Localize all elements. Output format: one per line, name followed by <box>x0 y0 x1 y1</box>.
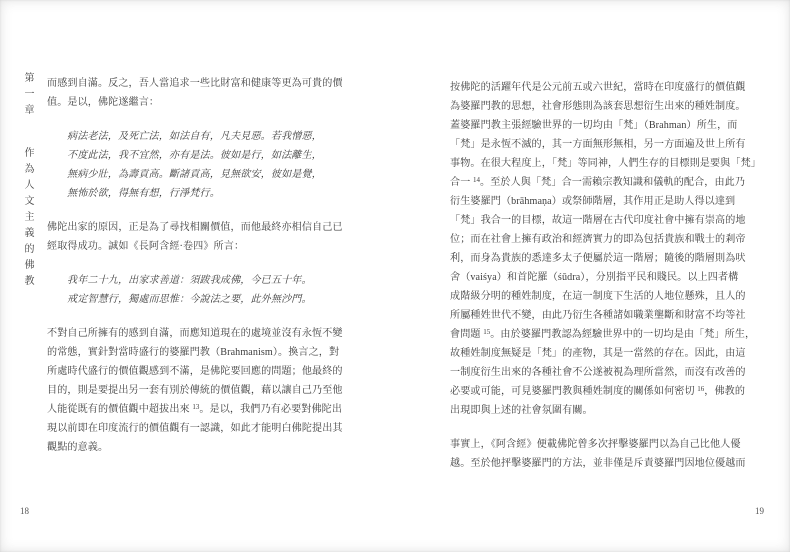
text-segment: 合一 <box>450 177 473 188</box>
text-line: 事實上，《阿含經》便載佛陀曾多次抨擊婆羅門以為自己比他人優 <box>450 435 750 454</box>
text-segment: 而感到自滿。反之，吾人當追求一些比財富和健康等更為可貴的價 <box>47 78 343 89</box>
text-segment: 「梵」是永恆不滅的，其一方面無形無相，另一方面遍及世上所有 <box>450 139 746 150</box>
text-line: 會問題 15。由於婆羅門教認為經驗世界中的一切均是由「梵」所生， <box>450 325 750 344</box>
text-line: 戒定智慧行，獨處而思惟：今說法之要，此外無沙門。 <box>67 290 347 309</box>
text-line: 觀點的意義。 <box>47 438 347 457</box>
text-line: 衍生婆羅門（brāhmaṇa）或祭師階層，其作用正是助人得以達到 <box>450 192 750 211</box>
text-segment: 事物。在很大程度上，「梵」等同神，人們生存的目標則是要與「梵」 <box>450 158 761 169</box>
text-segment: 越。至於他抨擊婆羅門的方法，並非僅是斥責婆羅門因地位優越而 <box>450 458 746 469</box>
text-line: 而感到自滿。反之，吾人當追求一些比財富和健康等更為可貴的價 <box>47 74 347 93</box>
text-line: 故種姓制度無疑是「梵」的產物，其是一當然的存在。因此，由這 <box>450 344 750 363</box>
text-segment: 無病少壯，為壽貢高。斷諸貢高，見無欲安，彼如是覺， <box>67 169 322 180</box>
text-line: 我年二十九，出家求善道：須跋我成佛，今已五十年。 <box>67 271 347 290</box>
text-segment: 。至於人與「梵」合一需賴宗教知識和儀軌的配合，由此乃 <box>480 177 745 188</box>
text-segment: 位；而在社會上擁有政治和經濟實力的即為包括貴族和戰士的剎帝 <box>450 234 746 245</box>
text-segment: 不對自己所擁有的感到自滿，而應知道現在的處境並沒有永恆不變 <box>47 328 343 339</box>
text-line: 病法老法，及死亡法，如法自有，凡夫見惡。若我憎惡， <box>67 127 347 146</box>
text-segment: 我年二十九，出家求善道：須跋我成佛，今已五十年。 <box>67 275 312 286</box>
text-segment: 故種姓制度無疑是「梵」的產物，其是一當然的存在。因此，由這 <box>450 348 746 359</box>
book-spread: 第一章 作為人文主義的佛教 而感到自滿。反之，吾人當追求一些比財富和健康等更為可… <box>0 0 790 552</box>
text-line: 「梵」是永恆不滅的，其一方面無形無相，另一方面遍及世上所有 <box>450 135 750 154</box>
text-line: 成階級分明的種姓制度，在這一制度下生活的人地位懸殊，且人的 <box>450 287 750 306</box>
text-segment: 為婆羅門教的思想，社會形態則為該套思想衍生出來的種姓制度。 <box>450 101 746 112</box>
text-line: 合一 14。至於人與「梵」合一需賴宗教知識和儀軌的配合，由此乃 <box>450 173 750 192</box>
paragraph: 不對自己所擁有的感到自滿，而應知道現在的處境並沒有永恆不變的常態，實針對當時盛行… <box>47 324 347 457</box>
text-line: 所處時代盛行的價值觀感到不滿，是佛陀要回應的問題；他最終的 <box>47 362 347 381</box>
paragraph: 而感到自滿。反之，吾人當追求一些比財富和健康等更為可貴的價值。是以，佛陀遂繼言： <box>47 74 347 112</box>
text-line: 事物。在很大程度上，「梵」等同神，人們生存的目標則是要與「梵」 <box>450 154 750 173</box>
text-line: 按佛陀的活躍年代是公元前五或六世紀，當時在印度盛行的價值觀 <box>450 78 750 97</box>
text-line: 利，而身為貴族的悉達多太子便屬於這一階層；隨後的階層則為吠 <box>450 249 750 268</box>
text-segment: 戒定智慧行，獨處而思惟：今說法之要，此外無沙門。 <box>67 294 312 305</box>
text-line: 目的，則是要提出另一套有別於傳統的價值觀，藉以讓自己乃至他 <box>47 381 347 400</box>
text-line: 舍（vaiśya）和首陀羅（śūdra），分別指平民和賤民。以上四者構 <box>450 268 750 287</box>
text-line: 現以前即在印度流行的價值觀有一認識，如此才能明白佛陀提出其 <box>47 419 347 438</box>
text-segment: 「梵」我合一的目標，故這一階層在古代印度社會中擁有崇高的地 <box>450 215 746 226</box>
text-segment: 舍（vaiśya）和首陀羅（śūdra），分別指平民和賤民。以上四者構 <box>450 272 738 283</box>
text-segment: 出現即與上述的社會氛圍有關。 <box>450 405 593 416</box>
text-line: 值。是以，佛陀遂繼言： <box>47 93 347 112</box>
text-line: 蓋婆羅門教主張經驗世界的一切均由「梵」（Brahman）所生，而 <box>450 116 750 135</box>
paragraph: 佛陀出家的原因，正是為了尋找相關價值，而他最終亦相信自己已經取得成功。誠如《長阿… <box>47 218 347 256</box>
text-segment: ，佛教的 <box>704 386 745 397</box>
text-segment: 會問題 <box>450 329 483 340</box>
text-line: 為婆羅門教的思想，社會形態則為該套思想衍生出來的種姓制度。 <box>450 97 750 116</box>
chapter-number-vertical: 第一章 <box>20 72 35 120</box>
text-segment: 目的，則是要提出另一套有別於傳統的價值觀，藉以讓自己乃至他 <box>47 385 343 396</box>
text-segment: 。是以，我們乃有必要對佛陀出 <box>199 404 342 415</box>
text-segment: 一制度衍生出來的各種社會不公遂被視為理所當然，而沒有改善的 <box>450 367 746 378</box>
quote-block: 病法老法，及死亡法，如法自有，凡夫見惡。若我憎惡，不度此法，我不宜然，亦有是法。… <box>47 127 347 203</box>
text-segment: 蓋婆羅門教主張經驗世界的一切均由「梵」（Brahman）所生，而 <box>450 120 738 131</box>
text-line: 經取得成功。誠如《長阿含經·卷四》所言： <box>47 237 347 256</box>
text-segment: 所處時代盛行的價值觀感到不滿，是佛陀要回應的問題；他最終的 <box>47 366 343 377</box>
right-page: 按佛陀的活躍年代是公元前五或六世紀，當時在印度盛行的價值觀為婆羅門教的思想，社會… <box>450 78 750 473</box>
text-segment: 人能從既有的價值觀中超拔出來 <box>47 404 192 415</box>
text-line: 無怖於欲，得無有想，行淨梵行。 <box>67 184 347 203</box>
text-line: 出現即與上述的社會氛圍有關。 <box>450 401 750 420</box>
page-number-left: 18 <box>20 506 29 516</box>
chapter-title-vertical: 作為人文主義的佛教 <box>20 147 35 291</box>
text-segment: 。由於婆羅門教認為經驗世界中的一切均是由「梵」所生， <box>490 329 755 340</box>
text-segment: 佛陀出家的原因，正是為了尋找相關價值，而他最終亦相信自己已 <box>47 222 343 233</box>
text-segment: 經取得成功。誠如《長阿含經·卷四》所言： <box>47 241 244 252</box>
text-line: 所屬種姓世代不變，由此乃衍生各種諸如職業壟斷和財富不均等社 <box>450 306 750 325</box>
text-line: 不度此法，我不宜然，亦有是法。彼如是行，如法離生， <box>67 146 347 165</box>
text-line: 「梵」我合一的目標，故這一階層在古代印度社會中擁有崇高的地 <box>450 211 750 230</box>
text-line: 位；而在社會上擁有政治和經濟實力的即為包括貴族和戰士的剎帝 <box>450 230 750 249</box>
left-page: 而感到自滿。反之，吾人當追求一些比財富和健康等更為可貴的價值。是以，佛陀遂繼言：… <box>47 74 347 457</box>
paragraph: 事實上，《阿含經》便載佛陀曾多次抨擊婆羅門以為自己比他人優越。至於他抨擊婆羅門的… <box>450 435 750 473</box>
text-segment: 必要或可能，可見婆羅門教與種姓制度的關係如何密切 <box>450 386 697 397</box>
text-line: 不對自己所擁有的感到自滿，而應知道現在的處境並沒有永恆不變 <box>47 324 347 343</box>
text-segment: 無怖於欲，得無有想，行淨梵行。 <box>67 188 220 199</box>
text-line: 人能從既有的價值觀中超拔出來 13。是以，我們乃有必要對佛陀出 <box>47 400 347 419</box>
text-segment: 按佛陀的活躍年代是公元前五或六世紀，當時在印度盛行的價值觀 <box>450 82 746 93</box>
text-segment: 所屬種姓世代不變，由此乃衍生各種諸如職業壟斷和財富不均等社 <box>450 310 746 321</box>
text-line: 無病少壯，為壽貢高。斷諸貢高，見無欲安，彼如是覺， <box>67 165 347 184</box>
text-line: 的常態，實針對當時盛行的婆羅門教（Brahmanism）。換言之，對 <box>47 343 347 362</box>
text-segment: 值。是以，佛陀遂繼言： <box>47 97 159 108</box>
text-segment: 成階級分明的種姓制度，在這一制度下生活的人地位懸殊，且人的 <box>450 291 746 302</box>
paragraph: 按佛陀的活躍年代是公元前五或六世紀，當時在印度盛行的價值觀為婆羅門教的思想，社會… <box>450 78 750 420</box>
quote-block: 我年二十九，出家求善道：須跋我成佛，今已五十年。戒定智慧行，獨處而思惟：今說法之… <box>47 271 347 309</box>
text-segment: 利，而身為貴族的悉達多太子便屬於這一階層；隨後的階層則為吠 <box>450 253 746 264</box>
text-segment: 的常態，實針對當時盛行的婆羅門教（Brahmanism）。換言之，對 <box>47 347 339 358</box>
text-line: 必要或可能，可見婆羅門教與種姓制度的關係如何密切 16，佛教的 <box>450 382 750 401</box>
text-line: 佛陀出家的原因，正是為了尋找相關價值，而他最終亦相信自己已 <box>47 218 347 237</box>
text-line: 越。至於他抨擊婆羅門的方法，並非僅是斥責婆羅門因地位優越而 <box>450 454 750 473</box>
text-segment: 不度此法，我不宜然，亦有是法。彼如是行，如法離生， <box>67 150 322 161</box>
text-segment: 病法老法，及死亡法，如法自有，凡夫見惡。若我憎惡， <box>67 131 322 142</box>
text-segment: 觀點的意義。 <box>47 442 108 453</box>
text-line: 一制度衍生出來的各種社會不公遂被視為理所當然，而沒有改善的 <box>450 363 750 382</box>
page-number-right: 19 <box>755 506 764 516</box>
text-segment: 衍生婆羅門（brāhmaṇa）或祭師階層，其作用正是助人得以達到 <box>450 196 735 207</box>
text-segment: 事實上，《阿含經》便載佛陀曾多次抨擊婆羅門以為自己比他人優 <box>450 439 741 450</box>
footnote-ref: 14 <box>473 176 480 184</box>
text-segment: 現以前即在印度流行的價值觀有一認識，如此才能明白佛陀提出其 <box>47 423 343 434</box>
